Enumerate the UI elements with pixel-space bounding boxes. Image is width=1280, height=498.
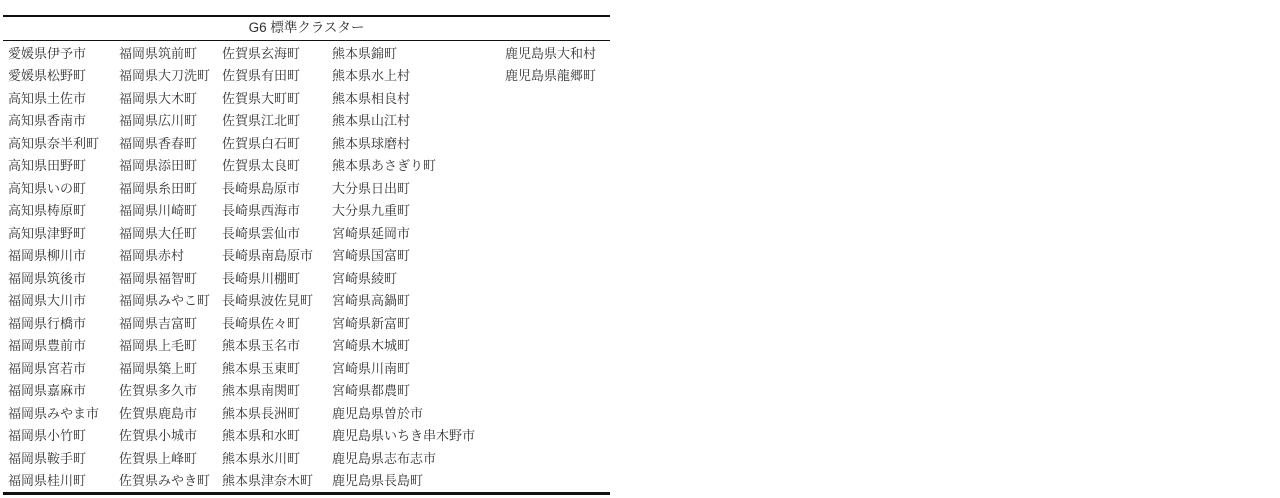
table-cell: 佐賀県太良町 [222,155,300,178]
table-row: 高知県津野町福岡県大任町長崎県雲仙市宮崎県延岡市 [3,223,610,246]
table-cell: 福岡県添田町 [119,155,197,178]
table-row: 福岡県行橋市福岡県吉富町長崎県佐々町宮崎県新富町 [3,313,610,336]
table-cell: 愛媛県松野町 [8,65,86,88]
table-cell: 福岡県築上町 [119,358,197,381]
table-cell: 宮崎県綾町 [332,268,397,291]
table-cell: 高知県梼原町 [8,200,86,223]
table-cell: 熊本県和水町 [222,425,300,448]
table-row: 愛媛県松野町福岡県大刀洗町佐賀県有田町熊本県水上村鹿児島県龍郷町 [3,65,610,88]
table-cell: 福岡県みやこ町 [119,290,210,313]
table-cell: 宮崎県川南町 [332,358,410,381]
table-cell: 熊本県錦町 [332,43,397,66]
table-cell: 長崎県島原市 [222,178,300,201]
table-cell: 福岡県桂川町 [8,470,86,493]
table-row: 福岡県みやま市佐賀県鹿島市熊本県長洲町鹿児島県曽於市 [3,403,610,426]
table-cell: 福岡県上毛町 [119,335,197,358]
table-cell: 佐賀県鹿島市 [119,403,197,426]
table-cell: 福岡県大任町 [119,223,197,246]
table-cell: 高知県香南市 [8,110,86,133]
table-cell: 福岡県大刀洗町 [119,65,210,88]
table-cell: 福岡県大木町 [119,88,197,111]
table-cell: 熊本県氷川町 [222,448,300,471]
table-row: 福岡県桂川町佐賀県みやき町熊本県津奈木町鹿児島県長島町 [3,470,610,493]
table-title: G6 標準クラスター [3,19,610,37]
table-cell: 福岡県宮若市 [8,358,86,381]
table-row: 高知県奈半利町福岡県香春町佐賀県白石町熊本県球磨村 [3,133,610,156]
table-cell: 福岡県赤村 [119,245,184,268]
table-cell: 大分県日出町 [332,178,410,201]
table-cell: 福岡県川崎町 [119,200,197,223]
table-cell: 福岡県筑前町 [119,43,197,66]
table-cell: 鹿児島県いちき串木野市 [332,425,475,448]
table-bottom-rule [3,492,610,495]
table-cell: 熊本県山江村 [332,110,410,133]
table-cell: 長崎県波佐見町 [222,290,313,313]
table-cell: 福岡県香春町 [119,133,197,156]
table-row: 福岡県宮若市福岡県築上町熊本県玉東町宮崎県川南町 [3,358,610,381]
table-cell: 鹿児島県大和村 [505,43,596,66]
table-cell: 高知県田野町 [8,155,86,178]
table-cell: 佐賀県有田町 [222,65,300,88]
table-row: 福岡県柳川市福岡県赤村長崎県南島原市宮崎県国富町 [3,245,610,268]
table-cell: 佐賀県小城市 [119,425,197,448]
table-cell: 鹿児島県龍郷町 [505,65,596,88]
table-cell: 長崎県南島原市 [222,245,313,268]
table-cell: 熊本県玉東町 [222,358,300,381]
table-row: 福岡県鞍手町佐賀県上峰町熊本県氷川町鹿児島県志布志市 [3,448,610,471]
table-cell: 福岡県吉富町 [119,313,197,336]
table-cell: 宮崎県延岡市 [332,223,410,246]
table-cell: 高知県土佐市 [8,88,86,111]
table-cell: 福岡県柳川市 [8,245,86,268]
table-cell: 宮崎県新富町 [332,313,410,336]
table-cell: 鹿児島県志布志市 [332,448,436,471]
table-cell: 熊本県長洲町 [222,403,300,426]
table-cell: 愛媛県伊予市 [8,43,86,66]
table-cell: 佐賀県多久市 [119,380,197,403]
table-cell: 宮崎県木城町 [332,335,410,358]
table-top-rule [3,15,610,17]
table-cell: 佐賀県大町町 [222,88,300,111]
cluster-table: G6 標準クラスター 愛媛県伊予市福岡県筑前町佐賀県玄海町熊本県錦町鹿児島県大和… [3,0,610,498]
table-cell: 長崎県雲仙市 [222,223,300,246]
table-cell: 大分県九重町 [332,200,410,223]
table-row: 福岡県大川市福岡県みやこ町長崎県波佐見町宮崎県高鍋町 [3,290,610,313]
table-cell: 熊本県球磨村 [332,133,410,156]
table-row: 高知県土佐市福岡県大木町佐賀県大町町熊本県相良村 [3,88,610,111]
table-cell: 鹿児島県曽於市 [332,403,423,426]
table-cell: 佐賀県江北町 [222,110,300,133]
table-cell: 高知県いの町 [8,178,86,201]
table-row: 高知県梼原町福岡県川崎町長崎県西海市大分県九重町 [3,200,610,223]
table-cell: 熊本県相良村 [332,88,410,111]
table-body: 愛媛県伊予市福岡県筑前町佐賀県玄海町熊本県錦町鹿児島県大和村愛媛県松野町福岡県大… [3,43,610,493]
table-row: 高知県田野町福岡県添田町佐賀県太良町熊本県あさぎり町 [3,155,610,178]
table-cell: 鹿児島県長島町 [332,470,423,493]
table-cell: 福岡県豊前市 [8,335,86,358]
table-cell: 福岡県大川市 [8,290,86,313]
table-cell: 高知県津野町 [8,223,86,246]
table-cell: 熊本県玉名市 [222,335,300,358]
table-cell: 福岡県嘉麻市 [8,380,86,403]
table-cell: 福岡県糸田町 [119,178,197,201]
table-cell: 福岡県みやま市 [8,403,99,426]
table-cell: 福岡県行橋市 [8,313,86,336]
table-cell: 福岡県筑後市 [8,268,86,291]
table-row: 福岡県豊前市福岡県上毛町熊本県玉名市宮崎県木城町 [3,335,610,358]
table-row: 高知県香南市福岡県広川町佐賀県江北町熊本県山江村 [3,110,610,133]
table-row: 福岡県筑後市福岡県福智町長崎県川棚町宮崎県綾町 [3,268,610,291]
table-cell: 熊本県津奈木町 [222,470,313,493]
table-cell: 熊本県南関町 [222,380,300,403]
table-cell: 福岡県福智町 [119,268,197,291]
table-cell: 福岡県鞍手町 [8,448,86,471]
table-cell: 宮崎県都農町 [332,380,410,403]
table-cell: 長崎県西海市 [222,200,300,223]
table-mid-rule [3,40,610,41]
table-cell: 長崎県川棚町 [222,268,300,291]
table-cell: 佐賀県上峰町 [119,448,197,471]
table-row: 福岡県小竹町佐賀県小城市熊本県和水町鹿児島県いちき串木野市 [3,425,610,448]
table-cell: 長崎県佐々町 [222,313,300,336]
table-cell: 熊本県あさぎり町 [332,155,436,178]
table-cell: 宮崎県高鍋町 [332,290,410,313]
page-canvas: G6 標準クラスター 愛媛県伊予市福岡県筑前町佐賀県玄海町熊本県錦町鹿児島県大和… [0,0,1280,498]
table-cell: 熊本県水上村 [332,65,410,88]
table-cell: 高知県奈半利町 [8,133,99,156]
table-cell: 佐賀県白石町 [222,133,300,156]
table-row: 愛媛県伊予市福岡県筑前町佐賀県玄海町熊本県錦町鹿児島県大和村 [3,43,610,66]
table-cell: 福岡県小竹町 [8,425,86,448]
table-cell: 宮崎県国富町 [332,245,410,268]
table-cell: 佐賀県みやき町 [119,470,210,493]
table-row: 高知県いの町福岡県糸田町長崎県島原市大分県日出町 [3,178,610,201]
table-cell: 佐賀県玄海町 [222,43,300,66]
table-cell: 福岡県広川町 [119,110,197,133]
table-row: 福岡県嘉麻市佐賀県多久市熊本県南関町宮崎県都農町 [3,380,610,403]
